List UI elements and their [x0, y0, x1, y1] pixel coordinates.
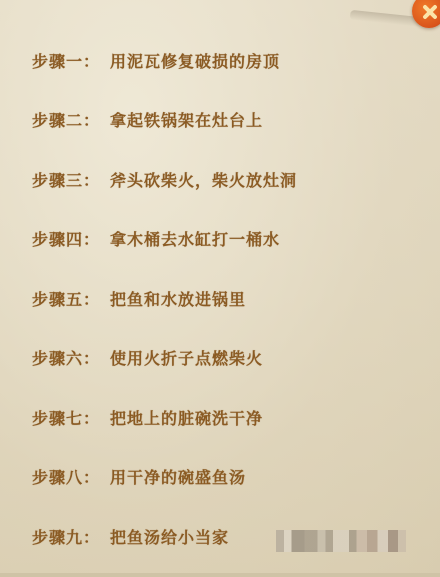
step-text: 把鱼和水放进锅里: [110, 287, 246, 310]
step-label: 步骤三：: [32, 168, 110, 191]
step-item-3: 步骤三： 斧头砍柴火，柴火放灶洞: [32, 167, 297, 191]
step-text: 用泥瓦修复破损的房顶: [110, 49, 280, 72]
step-text: 拿起铁锅架在灶台上: [110, 108, 263, 131]
step-label: 步骤四：: [32, 227, 110, 250]
step-text: 把鱼汤给小当家: [110, 525, 229, 548]
recipe-steps-panel: 步骤一： 用泥瓦修复破损的房顶 步骤二： 拿起铁锅架在灶台上 步骤三： 斧头砍柴…: [0, 0, 440, 577]
step-item-1: 步骤一： 用泥瓦修复破损的房顶: [32, 48, 297, 72]
step-label: 步骤二：: [32, 108, 110, 131]
step-text: 用干净的碗盛鱼汤: [110, 465, 246, 488]
step-label: 步骤六：: [32, 346, 110, 369]
step-label: 步骤九：: [32, 525, 110, 548]
step-text: 斧头砍柴火，柴火放灶洞: [110, 168, 297, 191]
step-item-8: 步骤八： 用干净的碗盛鱼汤: [32, 465, 297, 489]
step-label: 步骤八：: [32, 465, 110, 488]
step-item-7: 步骤七： 把地上的脏碗洗干净: [32, 405, 297, 429]
step-label: 步骤五：: [32, 287, 110, 310]
step-text: 拿木桶去水缸打一桶水: [110, 227, 280, 250]
step-label: 步骤一：: [32, 49, 110, 72]
step-item-4: 步骤四： 拿木桶去水缸打一桶水: [32, 227, 297, 251]
steps-list: 步骤一： 用泥瓦修复破损的房顶 步骤二： 拿起铁锅架在灶台上 步骤三： 斧头砍柴…: [32, 48, 297, 577]
step-label: 步骤七：: [32, 406, 110, 429]
step-item-5: 步骤五： 把鱼和水放进锅里: [32, 286, 297, 310]
step-item-6: 步骤六： 使用火折子点燃柴火: [32, 346, 297, 370]
step-text: 把地上的脏碗洗干净: [110, 406, 263, 429]
step-text: 使用火折子点燃柴火: [110, 346, 263, 369]
step-item-9: 步骤九： 把鱼汤给小当家: [32, 524, 297, 548]
step-item-2: 步骤二： 拿起铁锅架在灶台上: [32, 108, 297, 132]
pixelated-watermark: [276, 530, 406, 552]
panel-bottom-edge: [0, 573, 440, 577]
